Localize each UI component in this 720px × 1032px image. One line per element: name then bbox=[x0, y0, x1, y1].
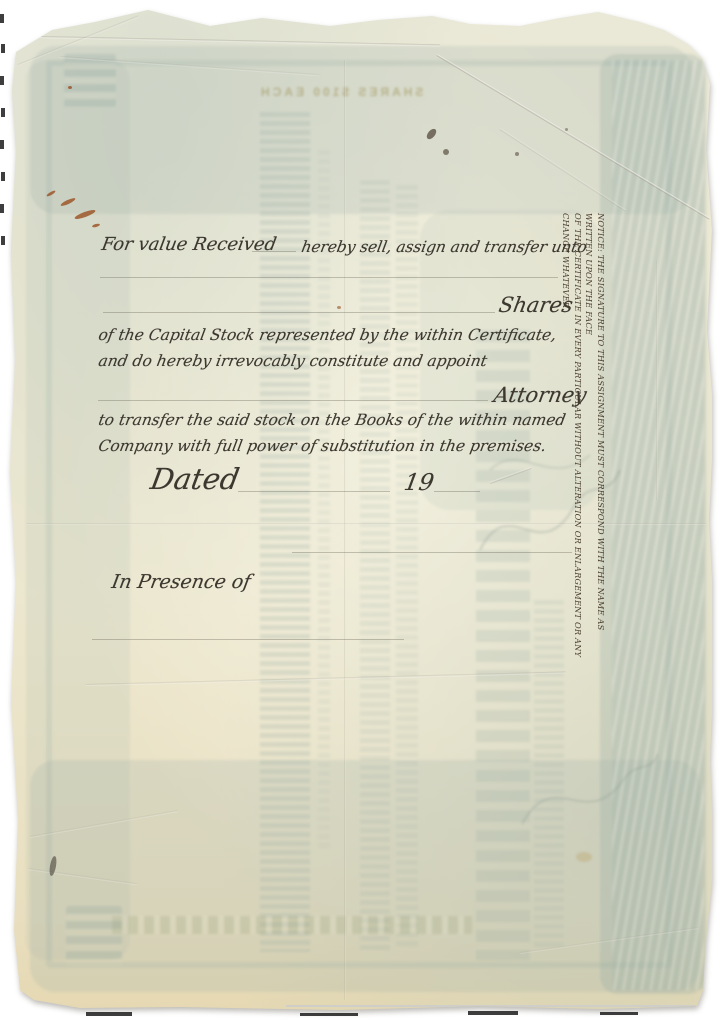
form-label-in-presence-of: In Presence of bbox=[110, 571, 252, 593]
fill-line-attorney bbox=[98, 400, 488, 401]
fill-line-witness bbox=[92, 639, 404, 640]
wrinkle-right-mid bbox=[656, 260, 658, 500]
scan-artifact-bottom-3 bbox=[468, 1011, 518, 1015]
ghost-shares-band-text: SHARES $100 EACH bbox=[258, 85, 423, 99]
rust-speck-mid bbox=[337, 306, 341, 309]
scanned-certificate-image: SHARES $100 EACH bbox=[0, 0, 720, 1032]
scan-artifact-left-1 bbox=[0, 14, 4, 23]
vertical-center-fold bbox=[344, 60, 346, 1000]
ghost-bottom-title-band bbox=[112, 916, 472, 934]
scan-artifact-left-4 bbox=[1, 108, 5, 117]
ink-spot-4 bbox=[565, 128, 568, 131]
scan-artifact-left-3 bbox=[0, 76, 4, 85]
ghost-denomination-block-bottom-left bbox=[66, 906, 122, 966]
tan-stain-right bbox=[576, 852, 592, 862]
ghost-column-4 bbox=[396, 185, 418, 950]
scan-artifact-bottom-2 bbox=[300, 1013, 358, 1016]
rust-speck-corner bbox=[68, 86, 72, 89]
scan-artifact-left-8 bbox=[1, 236, 5, 245]
form-line-sell-assign: hereby sell, assign and transfer unto bbox=[300, 238, 588, 256]
scan-artifact-left-5 bbox=[0, 140, 4, 149]
form-line-full-power: Company with full power of substitution … bbox=[97, 437, 548, 455]
form-line-capital-stock: of the Capital Stock represented by the … bbox=[97, 326, 558, 344]
fill-line-date bbox=[238, 491, 390, 492]
scan-artifact-bottom-4 bbox=[600, 1012, 638, 1015]
form-line-transfer-books: to transfer the said stock on the Books … bbox=[97, 411, 567, 429]
fill-line-name-short bbox=[252, 251, 296, 252]
ghost-signature-squiggle-2 bbox=[514, 734, 664, 844]
bottom-edge-highlight bbox=[286, 1005, 696, 1007]
form-line-constitute: and do hereby irrevocably constitute and… bbox=[97, 352, 489, 370]
fill-line-transferee bbox=[100, 277, 558, 278]
scan-artifact-left-7 bbox=[0, 204, 4, 213]
certificate-back-sheet: SHARES $100 EACH bbox=[6, 4, 712, 1014]
fill-line-signature bbox=[292, 552, 572, 553]
form-label-dated: Dated bbox=[148, 462, 242, 496]
scan-artifact-left-6 bbox=[1, 172, 5, 181]
transfer-notice-line-2: OF THE CERTIFICATE IN EVERY PARTICULAR W… bbox=[560, 213, 583, 665]
form-year-prefix: 19 bbox=[402, 470, 436, 496]
ink-spot-2 bbox=[443, 149, 449, 155]
transfer-notice-line-1: NOTICE: THE SIGNATURE TO THIS ASSIGNMENT… bbox=[583, 213, 606, 665]
fill-line-year bbox=[434, 491, 480, 492]
scan-artifact-bottom-1 bbox=[86, 1012, 132, 1016]
fill-line-shares bbox=[103, 312, 495, 313]
transfer-notice-vertical: NOTICE: THE SIGNATURE TO THIS ASSIGNMENT… bbox=[560, 213, 606, 665]
scan-artifact-left-2 bbox=[1, 44, 5, 53]
ghost-denomination-block-top-left bbox=[64, 54, 116, 108]
ghost-column-3 bbox=[360, 180, 390, 950]
paper-shadow-wrap: SHARES $100 EACH bbox=[0, 0, 720, 1032]
ink-spot-3 bbox=[515, 152, 519, 156]
